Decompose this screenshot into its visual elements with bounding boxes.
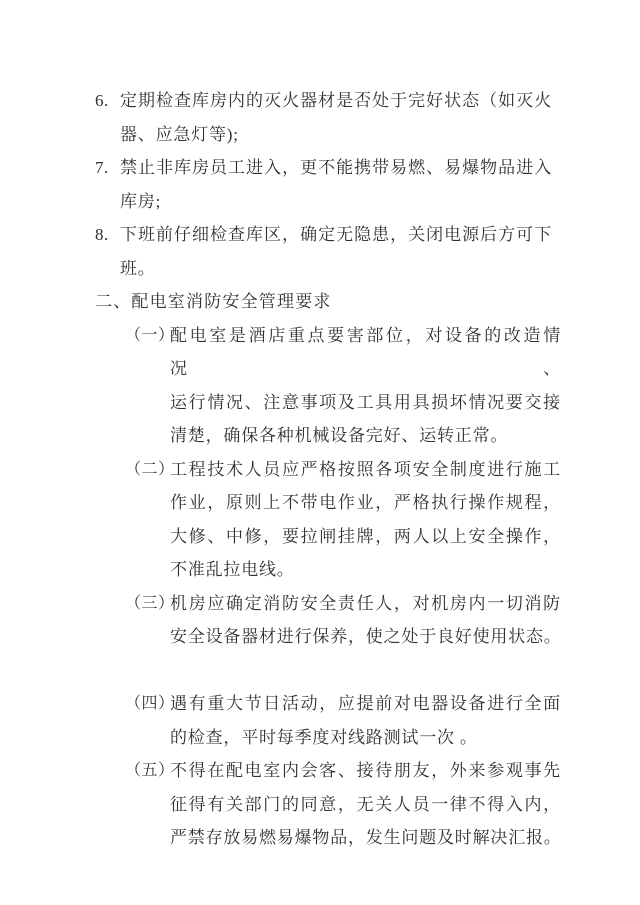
text-line: 禁止非库房员工进入，更不能携带易燃、易爆物品进入	[120, 151, 552, 185]
text-line: 严禁存放易燃易爆物品，发生问题及时解决汇报。	[170, 821, 561, 855]
list-item-text: 禁止非库房员工进入，更不能携带易燃、易爆物品进入 库房;	[120, 151, 552, 218]
text-line: 机房应确定消防安全责任人，对机房内一切消防	[170, 587, 561, 621]
list-item-text: 下班前仔细检查库区，确定无隐患，关闭电源后方可下 班。	[120, 218, 552, 285]
sub-item-text: 机房应确定消防安全责任人，对机房内一切消防 安全设备器材进行保养，使之处于良好使…	[170, 587, 561, 654]
text-line: 的检查，平时每季度对线路测试一次 。	[170, 721, 561, 755]
sub-item-text: 不得在配电室内会客、接待朋友，外来参观事先 征得有关部门的同意，无关人员一律不得…	[170, 754, 561, 855]
list-item-text: 定期检查库房内的灭火器材是否处于完好状态（如灭火 器、应急灯等);	[120, 84, 552, 151]
text-line: 不得在配电室内会客、接待朋友，外来参观事先	[170, 754, 561, 788]
sub-item-number: （三）	[125, 587, 170, 621]
list-item-number: 6.	[95, 84, 120, 118]
sub-item-4: （四） 遇有重大节日活动，应提前对电器设备进行全面 的检查，平时每季度对线路测试…	[0, 687, 640, 754]
sub-item-number: （四）	[125, 687, 170, 721]
section-heading: 二、配电室消防安全管理要求	[0, 285, 640, 319]
text-line: 下班前仔细检查库区，确定无隐患，关闭电源后方可下	[120, 218, 552, 252]
list-item-7: 7. 禁止非库房员工进入，更不能携带易燃、易爆物品进入 库房;	[0, 151, 640, 218]
text-line: 器、应急灯等);	[120, 118, 552, 152]
sub-item-2: （二） 工程技术人员应严格按照各项安全制度进行施工 作业，原则上不带电作业，严格…	[0, 453, 640, 587]
text-line: 清楚，确保各种机械设备完好、运转正常。	[170, 419, 561, 453]
sub-item-text: 遇有重大节日活动，应提前对电器设备进行全面 的检查，平时每季度对线路测试一次 。	[170, 687, 561, 754]
sub-item-number: （一）	[125, 319, 170, 353]
text-line: 不准乱拉电线。	[170, 553, 561, 587]
sub-item-text: 配电室是酒店重点要害部位，对设备的改造情况、 运行情况、注意事项及工具用具损坏情…	[170, 319, 561, 453]
list-item-8: 8. 下班前仔细检查库区，确定无隐患，关闭电源后方可下 班。	[0, 218, 640, 285]
text-line: 班。	[120, 252, 552, 286]
text-line: 运行情况、注意事项及工具用具损坏情况要交接	[170, 386, 561, 420]
text-line: 征得有关部门的同意，无关人员一律不得入内，	[170, 788, 561, 822]
list-item-6: 6. 定期检查库房内的灭火器材是否处于完好状态（如灭火 器、应急灯等);	[0, 84, 640, 151]
text-line: 作业，原则上不带电作业，严格执行操作规程，	[170, 486, 561, 520]
sub-item-5: （五） 不得在配电室内会客、接待朋友，外来参观事先 征得有关部门的同意，无关人员…	[0, 754, 640, 855]
list-item-number: 7.	[95, 151, 120, 185]
sub-item-3: （三） 机房应确定消防安全责任人，对机房内一切消防 安全设备器材进行保养，使之处…	[0, 587, 640, 654]
list-item-number: 8.	[95, 218, 120, 252]
document-page: 6. 定期检查库房内的灭火器材是否处于完好状态（如灭火 器、应急灯等); 7. …	[0, 0, 640, 855]
text-line: 定期检查库房内的灭火器材是否处于完好状态（如灭火	[120, 84, 552, 118]
text-line: 二、配电室消防安全管理要求	[95, 285, 332, 319]
section-heading-text: 二、配电室消防安全管理要求	[95, 285, 332, 319]
text-line: 工程技术人员应严格按照各项安全制度进行施工	[170, 453, 561, 487]
sub-item-number: （五）	[125, 754, 170, 788]
sub-item-number: （二）	[125, 453, 170, 487]
sub-item-1: （一） 配电室是酒店重点要害部位，对设备的改造情况、 运行情况、注意事项及工具用…	[0, 319, 640, 453]
text-line: 配电室是酒店重点要害部位，对设备的改造情况、	[170, 319, 561, 386]
text-line: 大修、中修，要拉闸挂牌，两人以上安全操作，	[170, 520, 561, 554]
text-line: 遇有重大节日活动，应提前对电器设备进行全面	[170, 687, 561, 721]
text-line: 安全设备器材进行保养，使之处于良好使用状态。	[170, 620, 561, 654]
text-line: 库房;	[120, 185, 552, 219]
sub-item-text: 工程技术人员应严格按照各项安全制度进行施工 作业，原则上不带电作业，严格执行操作…	[170, 453, 561, 587]
